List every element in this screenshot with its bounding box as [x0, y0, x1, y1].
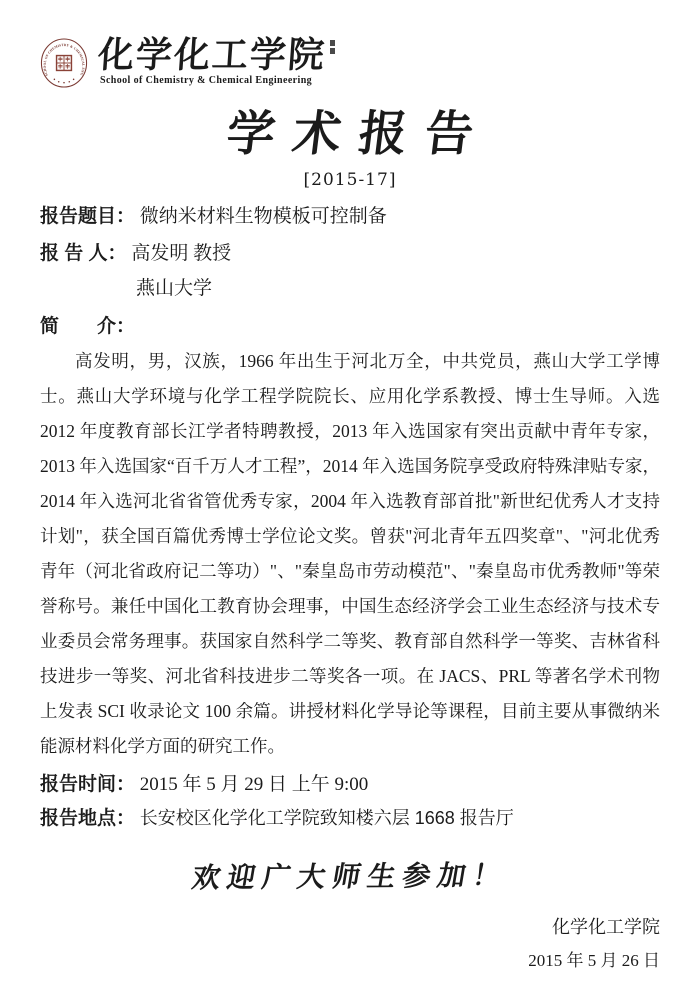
time-row: 报告时间： 2015 年 5 月 29 日 上午 9:00 [40, 774, 660, 796]
logo-wordmark: 化学化工学院 School of Chemistry & Chemical En… [98, 36, 335, 87]
location-label: 报告地点： [40, 808, 135, 829]
footer: 化学化工学院 2015 年 5 月 26 日 [40, 914, 660, 974]
logo-subtitle: School of Chemistry & Chemical Engineeri… [100, 75, 335, 87]
speaker-row: 报 告 人： 高发明 教授 [40, 243, 660, 265]
schedule-info: 报告时间： 2015 年 5 月 29 日 上午 9:00 报告地点： 长安校区… [40, 774, 660, 830]
footer-signature: 化学化工学院 [40, 914, 660, 940]
topic-value: 微纳米材料生物模板可控制备 [140, 206, 387, 227]
topic-row: 报告题目： 微纳米材料生物模板可控制备 [40, 206, 660, 228]
page-title: 学术报告 [37, 108, 663, 160]
announcement-document: SCHOOL OF CHEMISTRY & CHEMICAL ENGINEERI… [0, 0, 700, 974]
report-info: 报告题目： 微纳米材料生物模板可控制备 报 告 人： 高发明 教授 燕山大学 简… [40, 206, 660, 764]
logo-title: 化学化工学院 [97, 36, 328, 74]
intro-label: 简 介： [40, 316, 135, 337]
intro-label-row: 简 介： [40, 316, 660, 338]
issue-number: [2015-17] [40, 170, 660, 190]
speaker-bio-paragraph: 高发明，男，汉族，1966 年出生于河北万全，中共党员，燕山大学工学博士。燕山大… [40, 344, 660, 764]
time-value: 2015 年 5 月 29 日 上午 9:00 [140, 774, 369, 795]
welcome-message: 欢迎广大师生参加！ [37, 857, 664, 896]
speaker-label: 报 告 人： [40, 243, 127, 264]
header: SCHOOL OF CHEMISTRY & CHEMICAL ENGINEERI… [40, 36, 660, 100]
time-label: 报告时间： [40, 774, 135, 795]
speaker-value: 高发明 教授 [131, 243, 231, 264]
footer-date: 2015 年 5 月 26 日 [40, 948, 660, 974]
topic-label: 报告题目： [40, 206, 135, 227]
speaker-affiliation: 燕山大学 [136, 278, 660, 300]
school-seal-icon: SCHOOL OF CHEMISTRY & CHEMICAL ENGINEERI… [40, 37, 88, 89]
location-value: 长安校区化学化工学院致知楼六层 1668 报告厅 [140, 808, 514, 828]
logo-seal-mark [330, 40, 335, 54]
location-row: 报告地点： 长安校区化学化工学院致知楼六层 1668 报告厅 [40, 807, 660, 830]
